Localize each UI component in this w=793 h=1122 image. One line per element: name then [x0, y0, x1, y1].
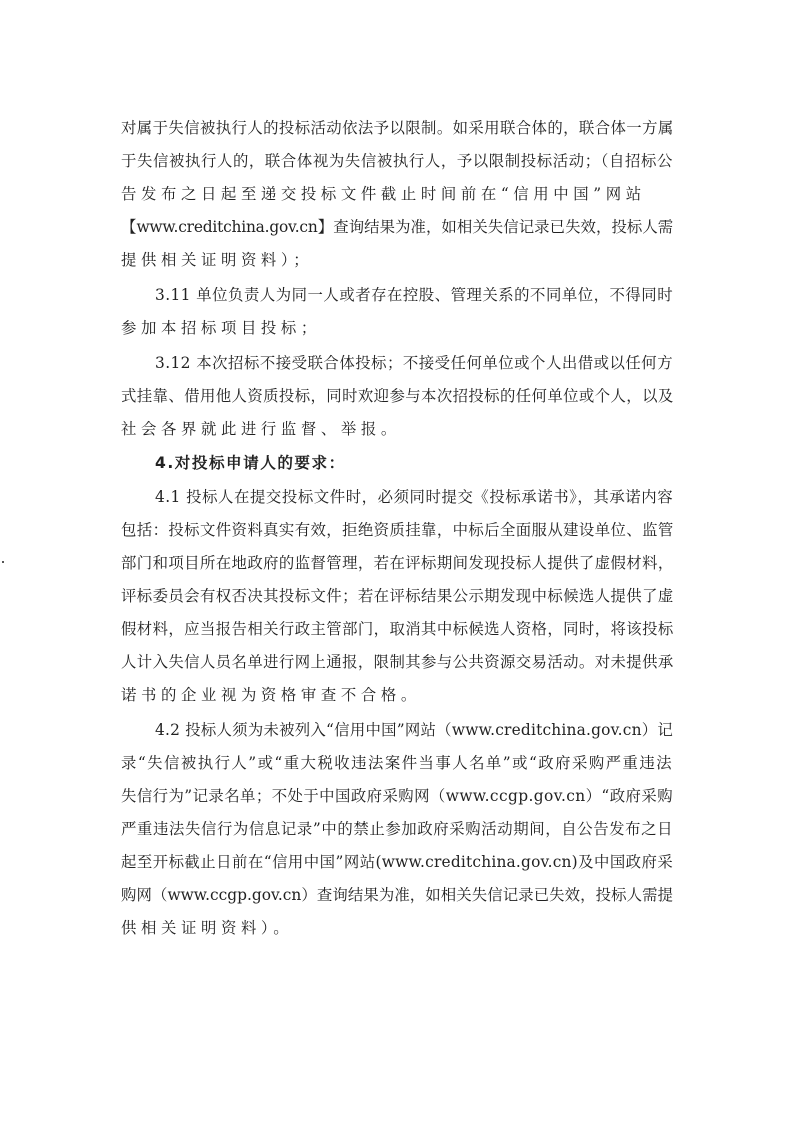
paragraph-3-11: 3.11 单位负责人为同一人或者存在控股、管理关系的不同单位，不得同时 参加本招… — [121, 279, 673, 345]
text-line: 人计入失信人员名单进行网上通报，限制其参与公共资源交易活动。对未提供承 — [121, 646, 673, 679]
document-page: 对属于失信被执行人的投标活动依法予以限制。如采用联合体的，联合体一方属 于失信被… — [0, 0, 793, 1122]
paragraph-4-2: 4.2 投标人须为未被列入“信用中国”网站（www.creditchina.go… — [121, 714, 673, 946]
text-line: 评标委员会有权否决其投标文件；若在评标结果公示期发现中标候选人提供了虚 — [121, 580, 673, 613]
text-line: 告发布之日起至递交投标文件截止时间前在“信用中国”网站 — [121, 178, 673, 211]
text-line: 购网（www.ccgp.gov.cn）查询结果为准，如相关失信记录已失效，投标人… — [121, 879, 673, 912]
paragraph-4-1: 4.1 投标人在提交投标文件时，必须同时提交《投标承诺书》，其承诺内容 包括：投… — [121, 481, 673, 713]
section-heading: 4.对投标申请人的要求： — [121, 447, 673, 480]
text-line: 严重违法失信行为信息记录”中的禁止参加政府采购活动期间，自公告发布之日 — [121, 813, 673, 846]
text-line: 4.1 投标人在提交投标文件时，必须同时提交《投标承诺书》，其承诺内容 — [121, 481, 673, 514]
text-line: 提供相关证明资料）； — [121, 244, 673, 277]
text-line: 社会各界就此进行监督、举报。 — [121, 413, 673, 446]
text-line: 部门和项目所在地政府的监督管理，若在评标期间发现投标人提供了虚假材料， — [121, 547, 673, 580]
paragraph-continued: 对属于失信被执行人的投标活动依法予以限制。如采用联合体的，联合体一方属 于失信被… — [121, 112, 673, 277]
text-line: 假材料，应当报告相关行政主管部门，取消其中标候选人资格，同时，将该投标 — [121, 613, 673, 646]
scan-mark — [2, 561, 4, 563]
text-line: 起至开标截止日前在“信用中国”网站(www.creditchina.gov.cn… — [121, 846, 673, 879]
paragraph-3-12: 3.12 本次招标不接受联合体投标；不接受任何单位或个人出借或以任何方 式挂靠、… — [121, 347, 673, 446]
text-line: 4.2 投标人须为未被列入“信用中国”网站（www.creditchina.go… — [121, 714, 673, 747]
text-line: 供相关证明资料）。 — [121, 912, 673, 945]
text-line: 对属于失信被执行人的投标活动依法予以限制。如采用联合体的，联合体一方属 — [121, 112, 673, 145]
text-line: 【www.creditchina.gov.cn】查询结果为准，如相关失信记录已失… — [121, 211, 673, 244]
text-line: 3.11 单位负责人为同一人或者存在控股、管理关系的不同单位，不得同时 — [121, 279, 673, 312]
text-line: 参加本招标项目投标； — [121, 312, 673, 345]
text-line: 诺书的企业视为资格审查不合格。 — [121, 679, 673, 712]
text-line: 录“失信被执行人”或“重大税收违法案件当事人名单”或“政府采购严重违法 — [121, 747, 673, 780]
document-body: 对属于失信被执行人的投标活动依法予以限制。如采用联合体的，联合体一方属 于失信被… — [121, 112, 673, 945]
text-line: 于失信被执行人的，联合体视为失信被执行人，予以限制投标活动；（自招标公 — [121, 145, 673, 178]
section-heading-4: 4.对投标申请人的要求： — [121, 447, 673, 480]
text-line: 包括：投标文件资料真实有效，拒绝资质挂靠，中标后全面服从建设单位、监管 — [121, 514, 673, 547]
text-line: 失信行为”记录名单；不处于中国政府采购网（www.ccgp.gov.cn）“政府… — [121, 780, 673, 813]
text-line: 式挂靠、借用他人资质投标，同时欢迎参与本次招投标的任何单位或个人，以及 — [121, 380, 673, 413]
text-line: 3.12 本次招标不接受联合体投标；不接受任何单位或个人出借或以任何方 — [121, 347, 673, 380]
